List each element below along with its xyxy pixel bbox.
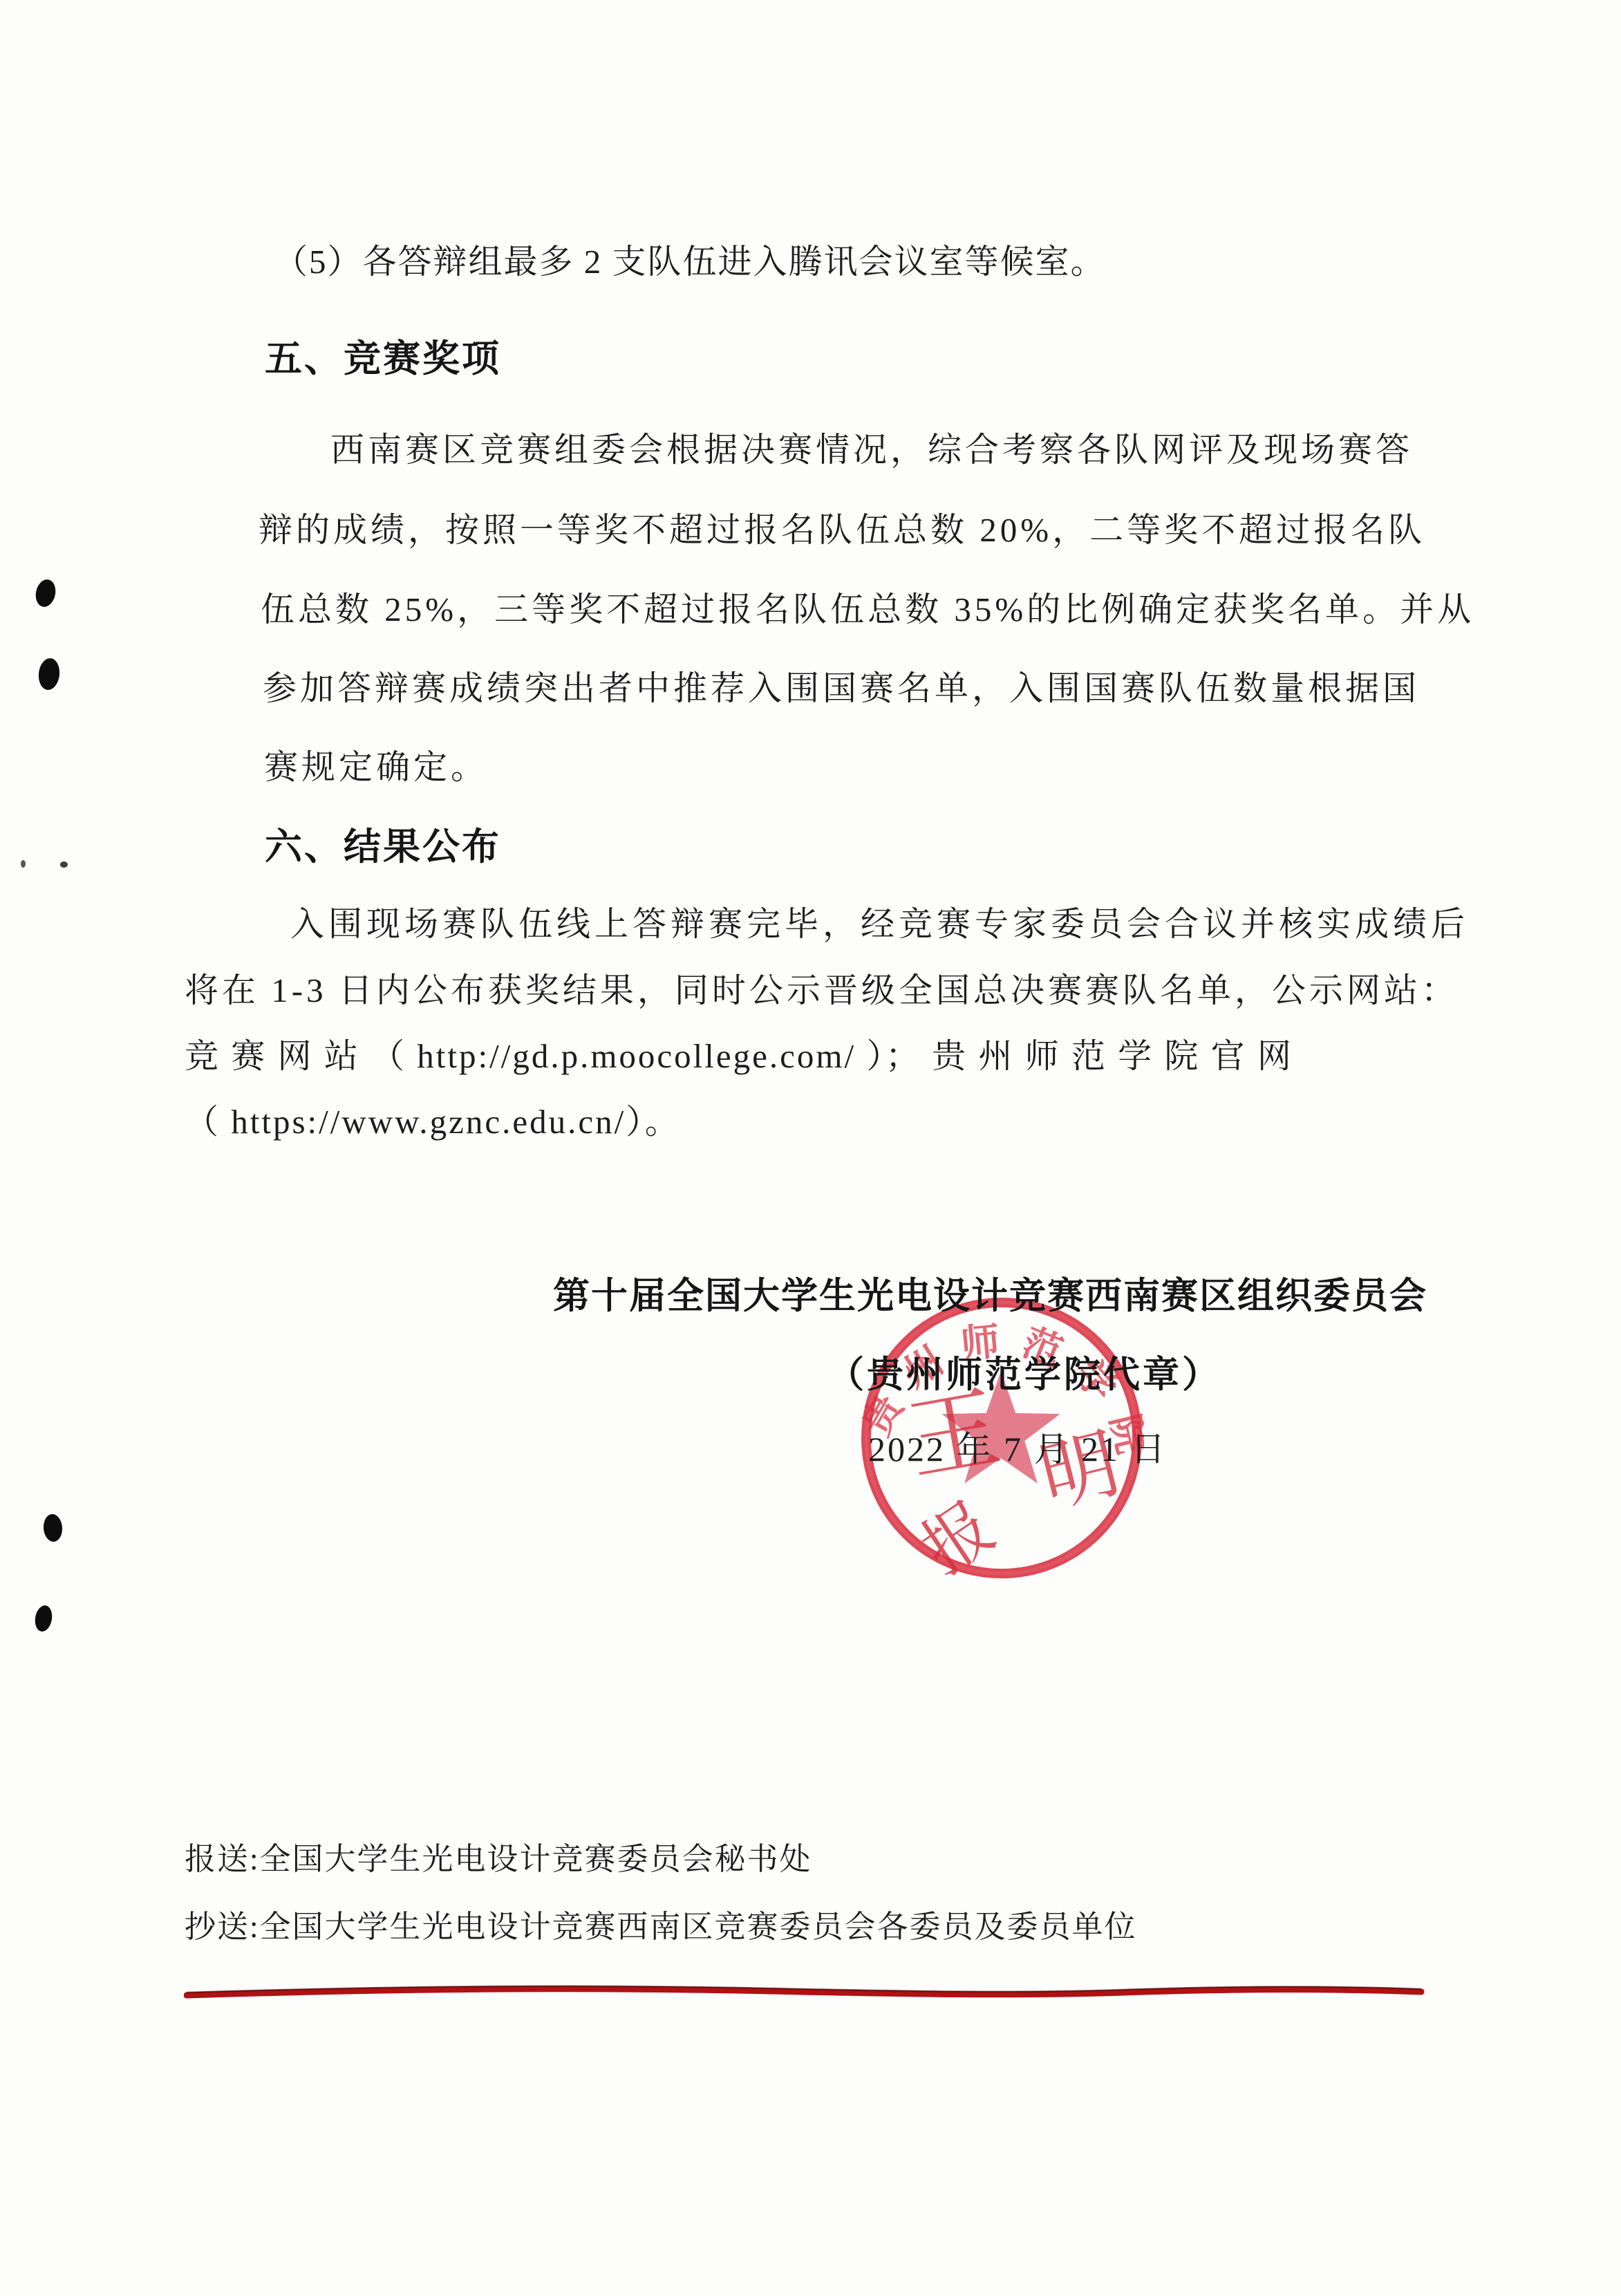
section-5-heading: 五、竞赛奖项 bbox=[265, 329, 501, 382]
section-6-line-4: （ https://www.gznc.edu.cn/）。 bbox=[185, 1095, 681, 1144]
footer-report-line: 报送:全国大学生光电设计竞赛委员会秘书处 bbox=[185, 1833, 812, 1878]
section-6-heading: 六、结果公布 bbox=[265, 817, 501, 870]
section-5-line-5: 赛规定确定。 bbox=[264, 740, 488, 789]
section-5-line-1: 西南赛区竞赛组委会根据决赛情况，综合考察各队网评及现场赛答 bbox=[330, 423, 1413, 472]
document-body: （5）各答辩组最多 2 支队伍进入腾讯会议室等候室。 五、竞赛奖项 西南赛区竞赛… bbox=[0, 0, 1621, 2296]
section-6-line-3: 竞 赛 网 站 （ http://gd.p.moocollege.com/ ）；… bbox=[185, 1029, 1293, 1078]
document-page: 贵州师范学院 王 明 报 （5）各答辩组最多 2 支队伍进入腾讯会议室等候室。 … bbox=[0, 0, 1621, 2296]
section-5-line-3: 伍总数 25%，三等奖不超过报名队伍总数 35%的比例确定获奖名单。并从 bbox=[261, 583, 1474, 631]
signature-org: 第十届全国大学生光电设计竞赛西南赛区组织委员会 bbox=[553, 1267, 1427, 1319]
bottom-red-rule bbox=[184, 1981, 1425, 2002]
section-6-line-1: 入围现场赛队伍线上答辩赛完毕，经竞赛专家委员会合议并核实成绩后 bbox=[290, 897, 1469, 946]
signature-date: 2022 年 7 月 21 日 bbox=[868, 1421, 1168, 1471]
section-5-line-2: 辩的成绩，按照一等奖不超过报名队伍总数 20%，二等奖不超过报名队 bbox=[259, 503, 1425, 552]
signature-agent: （贵州师范学院代章） bbox=[827, 1345, 1221, 1398]
list-item-5: （5）各答辩组最多 2 支队伍进入腾讯会议室等候室。 bbox=[274, 235, 1106, 283]
section-6-line-2: 将在 1-3 日内公布获奖结果，同时公示晋级全国总决赛赛队名单，公示网站： bbox=[185, 964, 1459, 1012]
section-5-line-4: 参加答辩赛成绩突出者中推荐入围国赛名单，入围国赛队伍数量根据国 bbox=[263, 662, 1420, 710]
footer-copy-line: 抄送:全国大学生光电设计竞赛西南区竞赛委员会各委员及委员单位 bbox=[185, 1901, 1137, 1946]
